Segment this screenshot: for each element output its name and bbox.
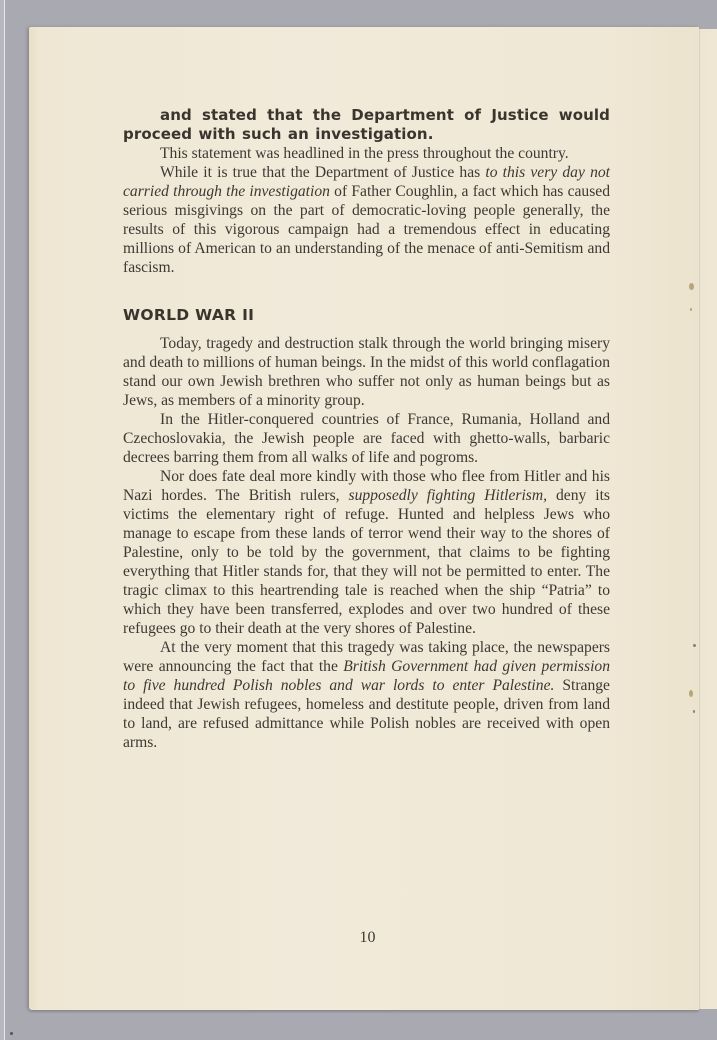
page-text: and stated that the Department of Justic… — [123, 106, 610, 752]
paragraph: In the Hitler-conquered countries of Fra… — [123, 410, 610, 467]
italic-emphasis: supposedly fighting Hitlerism, — [349, 487, 548, 504]
paper-speck — [690, 308, 692, 311]
paper-speck — [693, 710, 695, 713]
section-heading: WORLD WAR II — [123, 306, 610, 325]
paragraph-text: deny its victims the elementary right of… — [123, 487, 610, 637]
viewer-marker — [10, 1032, 13, 1035]
page-number: 10 — [0, 929, 717, 947]
viewer-left-edge — [0, 0, 5, 1040]
paper-speck — [689, 283, 694, 290]
paragraph: This statement was headlined in the pres… — [123, 144, 610, 163]
paragraph: While it is true that the Department of … — [123, 163, 610, 277]
paper-speck — [693, 644, 696, 647]
bold-lead-sentence: and stated that the Department of Justic… — [123, 106, 610, 144]
paragraph: Nor does fate deal more kindly with thos… — [123, 467, 610, 638]
paragraph-text: While it is true that the Department of … — [160, 164, 485, 181]
paragraph: Today, tragedy and destruction stalk thr… — [123, 334, 610, 410]
paper-speck — [689, 690, 693, 697]
paragraph: At the very moment that this tragedy was… — [123, 638, 610, 752]
